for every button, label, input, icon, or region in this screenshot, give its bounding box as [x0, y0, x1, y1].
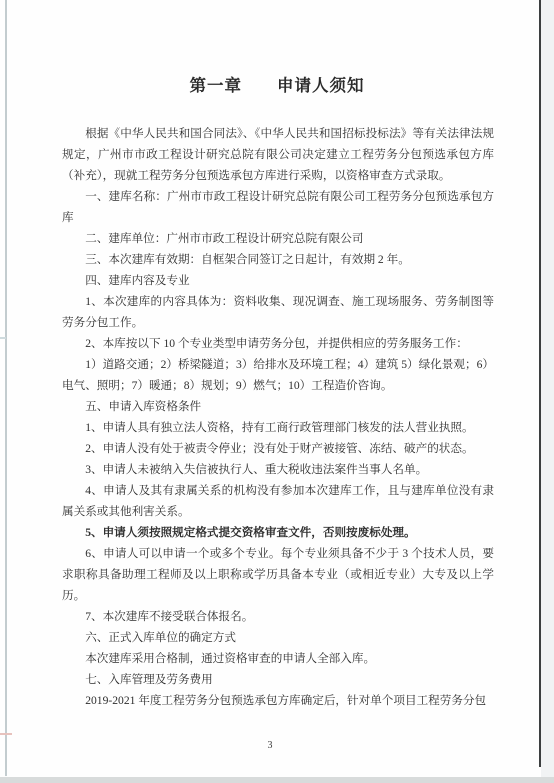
- paragraph: 3、申请人未被纳入失信被执行人、重大税收违法案件当事人名单。: [62, 459, 494, 480]
- paragraph: 1、本次建库的内容具体为：资料收集、现况调查、施工现场服务、劳务制图等劳务分包工…: [62, 291, 494, 333]
- paragraph: 2、本库按以下 10 个专业类型申请劳务分包，并提供相应的劳务服务工作：: [62, 333, 494, 354]
- scan-edge-right-line: [539, 0, 541, 767]
- paragraph: 1、申请人具有独立法人资格，持有工商行政管理部门核发的法人营业执照。: [62, 417, 494, 438]
- paragraph: 1）道路交通；2）桥梁隧道；3）给排水及环境工程；4）建筑 5）绿化景观；6）电…: [62, 354, 494, 396]
- document-page: 第一章 申请人须知 根据《中华人民共和国合同法》、《中华人民共和国招标投标法》等…: [0, 0, 554, 783]
- paragraph: 二、建库单位：广州市市政工程设计研究总院有限公司: [62, 228, 494, 249]
- paragraph: 本次建库采用合格制，通过资格审查的申请人全部入库。: [62, 648, 494, 669]
- document-body: 根据《中华人民共和国合同法》、《中华人民共和国招标投标法》等有关法律法规规定，广…: [62, 123, 494, 711]
- paragraph: 五、申请入库资格条件: [62, 396, 494, 417]
- paragraph: 6、申请人可以申请一个或多个专业。每个专业须具备不少于 3 个技术人员，要求职称…: [62, 543, 494, 606]
- paragraph: 2019-2021 年度工程劳务分包预选承包方库确定后，针对单个项目工程劳务分包: [62, 690, 494, 711]
- paragraph: 7、本次建库不接受联合体报名。: [62, 606, 494, 627]
- paragraph: 七、入库管理及劳务费用: [62, 669, 494, 690]
- scan-artifact-pink-mark: [0, 733, 12, 735]
- scan-edge-right-band: [541, 0, 554, 783]
- paragraph: 三、本次建库有效期：自框架合同签订之日起计，有效期 2 年。: [62, 249, 494, 270]
- scan-edge-left-line: [5, 0, 7, 776]
- page-number: 3: [0, 740, 540, 751]
- paragraph: 一、建库名称：广州市市政工程设计研究总院有限公司工程劳务分包预选承包方库: [62, 186, 494, 228]
- scan-bottom-band: [0, 777, 554, 783]
- paragraph: 2、申请人没有处于被责令停业；没有处于财产被接管、冻结、破产的状态。: [62, 438, 494, 459]
- chapter-title: 第一章 申请人须知: [0, 0, 554, 96]
- paragraph: 4、申请人及其有隶属关系的机构没有参加本次建库工作，且与建库单位没有隶属关系或其…: [62, 480, 494, 522]
- paragraph: 六、正式入库单位的确定方式: [62, 627, 494, 648]
- paragraph: 5、申请人须按照规定格式提交资格审查文件，否则按废标处理。: [62, 522, 494, 543]
- paragraph: 根据《中华人民共和国合同法》、《中华人民共和国招标投标法》等有关法律法规规定，广…: [62, 123, 494, 186]
- paragraph: 四、建库内容及专业: [62, 270, 494, 291]
- scan-artifact-blue-mark: [0, 337, 6, 339]
